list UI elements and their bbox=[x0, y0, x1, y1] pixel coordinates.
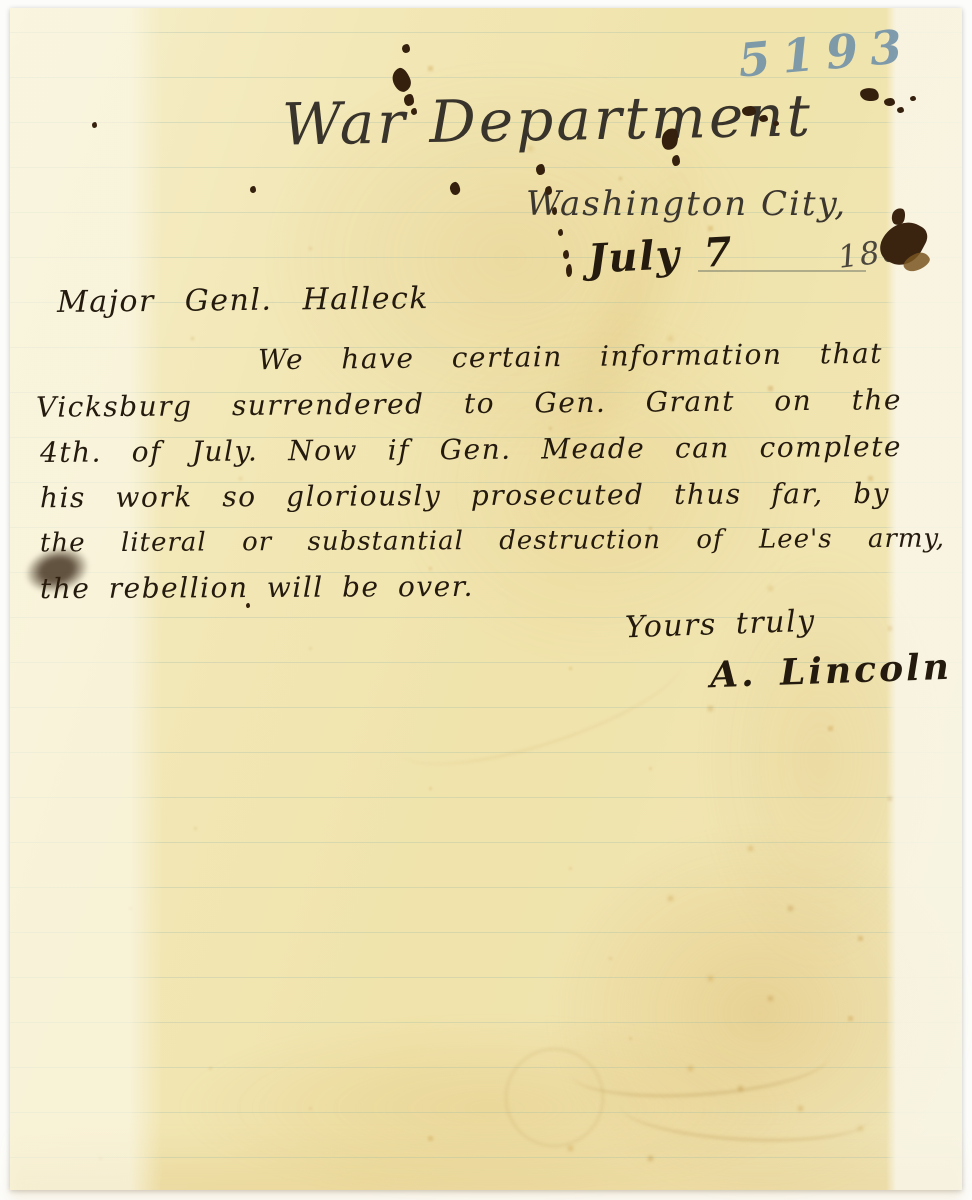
ink-blot bbox=[92, 122, 97, 128]
ink-blot bbox=[402, 44, 410, 53]
bleed-through-marks bbox=[505, 1048, 604, 1147]
body-line: 4th. of July. Now if Gen. Meade can comp… bbox=[40, 432, 902, 469]
paper: 5193 War Department Washington City, Jul… bbox=[10, 8, 962, 1190]
date-handwritten: July 7 bbox=[587, 230, 734, 282]
foxing-specks bbox=[10, 8, 11, 9]
body-line: Vicksburg surrendered to Gen. Grant on t… bbox=[36, 385, 902, 423]
stain bbox=[550, 828, 970, 1198]
light-strip-right bbox=[886, 8, 962, 1190]
ink-blot bbox=[897, 107, 904, 113]
body-line: the literal or substantial destruction o… bbox=[40, 525, 945, 558]
letterhead-city: Washington City, bbox=[526, 184, 847, 224]
signature: A. Lincoln bbox=[709, 648, 952, 696]
ink-blot bbox=[558, 229, 563, 236]
body-line: We have certain information that bbox=[258, 339, 883, 376]
letterhead-title: War Department bbox=[281, 81, 813, 158]
salutation: Major Genl. Halleck bbox=[57, 282, 429, 319]
bleed-through-marks bbox=[619, 1076, 872, 1147]
ink-blot bbox=[246, 603, 250, 608]
catalog-number: 5193 bbox=[736, 20, 916, 86]
ink-blot bbox=[250, 186, 256, 193]
ink-blot bbox=[552, 207, 557, 215]
ink-blot bbox=[404, 94, 414, 106]
ink-blot bbox=[759, 115, 768, 122]
ink-blot bbox=[449, 181, 461, 196]
ink-blot bbox=[742, 106, 756, 116]
scan-background: 5193 War Department Washington City, Jul… bbox=[0, 0, 972, 1200]
body-line: the rebellion will be over. bbox=[40, 572, 474, 605]
body-line: his work so gloriously prosecuted thus f… bbox=[40, 479, 890, 514]
bleed-through-marks bbox=[568, 1024, 832, 1105]
ink-blot bbox=[910, 96, 916, 101]
ink-blot bbox=[773, 121, 779, 126]
ink-blot bbox=[566, 264, 572, 277]
ink-blot bbox=[545, 186, 552, 195]
ink-blot bbox=[672, 155, 680, 166]
ink-blot bbox=[536, 164, 545, 175]
stain bbox=[10, 1128, 962, 1198]
closing: Yours truly bbox=[624, 605, 816, 645]
ink-blot bbox=[563, 250, 569, 259]
stain bbox=[180, 1018, 800, 1198]
ink-blot bbox=[411, 108, 417, 115]
ink-blot bbox=[859, 86, 880, 102]
ink-blot bbox=[884, 98, 895, 106]
